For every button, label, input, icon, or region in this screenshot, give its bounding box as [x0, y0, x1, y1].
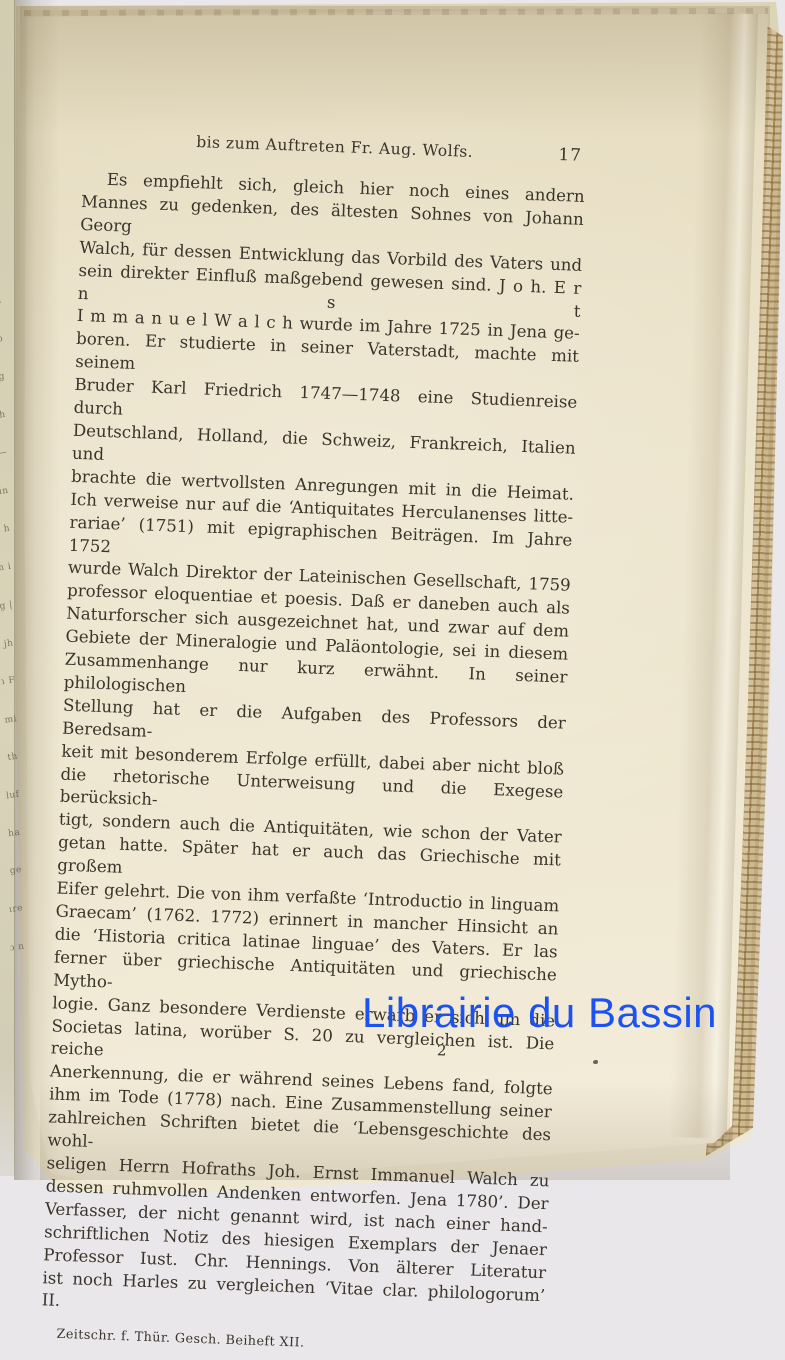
paper-speck: [593, 1060, 598, 1064]
signature-mark: 2: [437, 1041, 447, 1059]
running-title: bis zum Auftreten Fr. Aug. Wolfs.: [196, 133, 474, 161]
gutter-text-fragment: jh: [4, 639, 15, 649]
gutter-text-fragment: um i: [0, 563, 12, 575]
gutter-text-fragment: da h: [0, 411, 7, 423]
gutter-text-fragment: nd h: [0, 525, 11, 537]
page-number: 17: [558, 145, 586, 166]
gutter-text-fragment: ah —: [0, 449, 8, 461]
page-shading-top: [20, 6, 770, 136]
book-page-photo: a hh nr Pla nih, hk, bt lugda hah —Leinn…: [0, 0, 785, 1200]
page-text: bis zum Auftreten Fr. Aug. Wolfs. 17 Es …: [40, 120, 586, 1200]
body-text: Es empfiehlt sich, gleich hier noch eine…: [41, 168, 585, 1200]
watermark-text: Librairie du Bassin: [362, 989, 717, 1037]
gutter-text-fragment: t lug: [0, 373, 5, 385]
gutter-text-fragment: Lein: [0, 487, 9, 499]
gutter-text-fragment: g |: [0, 601, 13, 612]
